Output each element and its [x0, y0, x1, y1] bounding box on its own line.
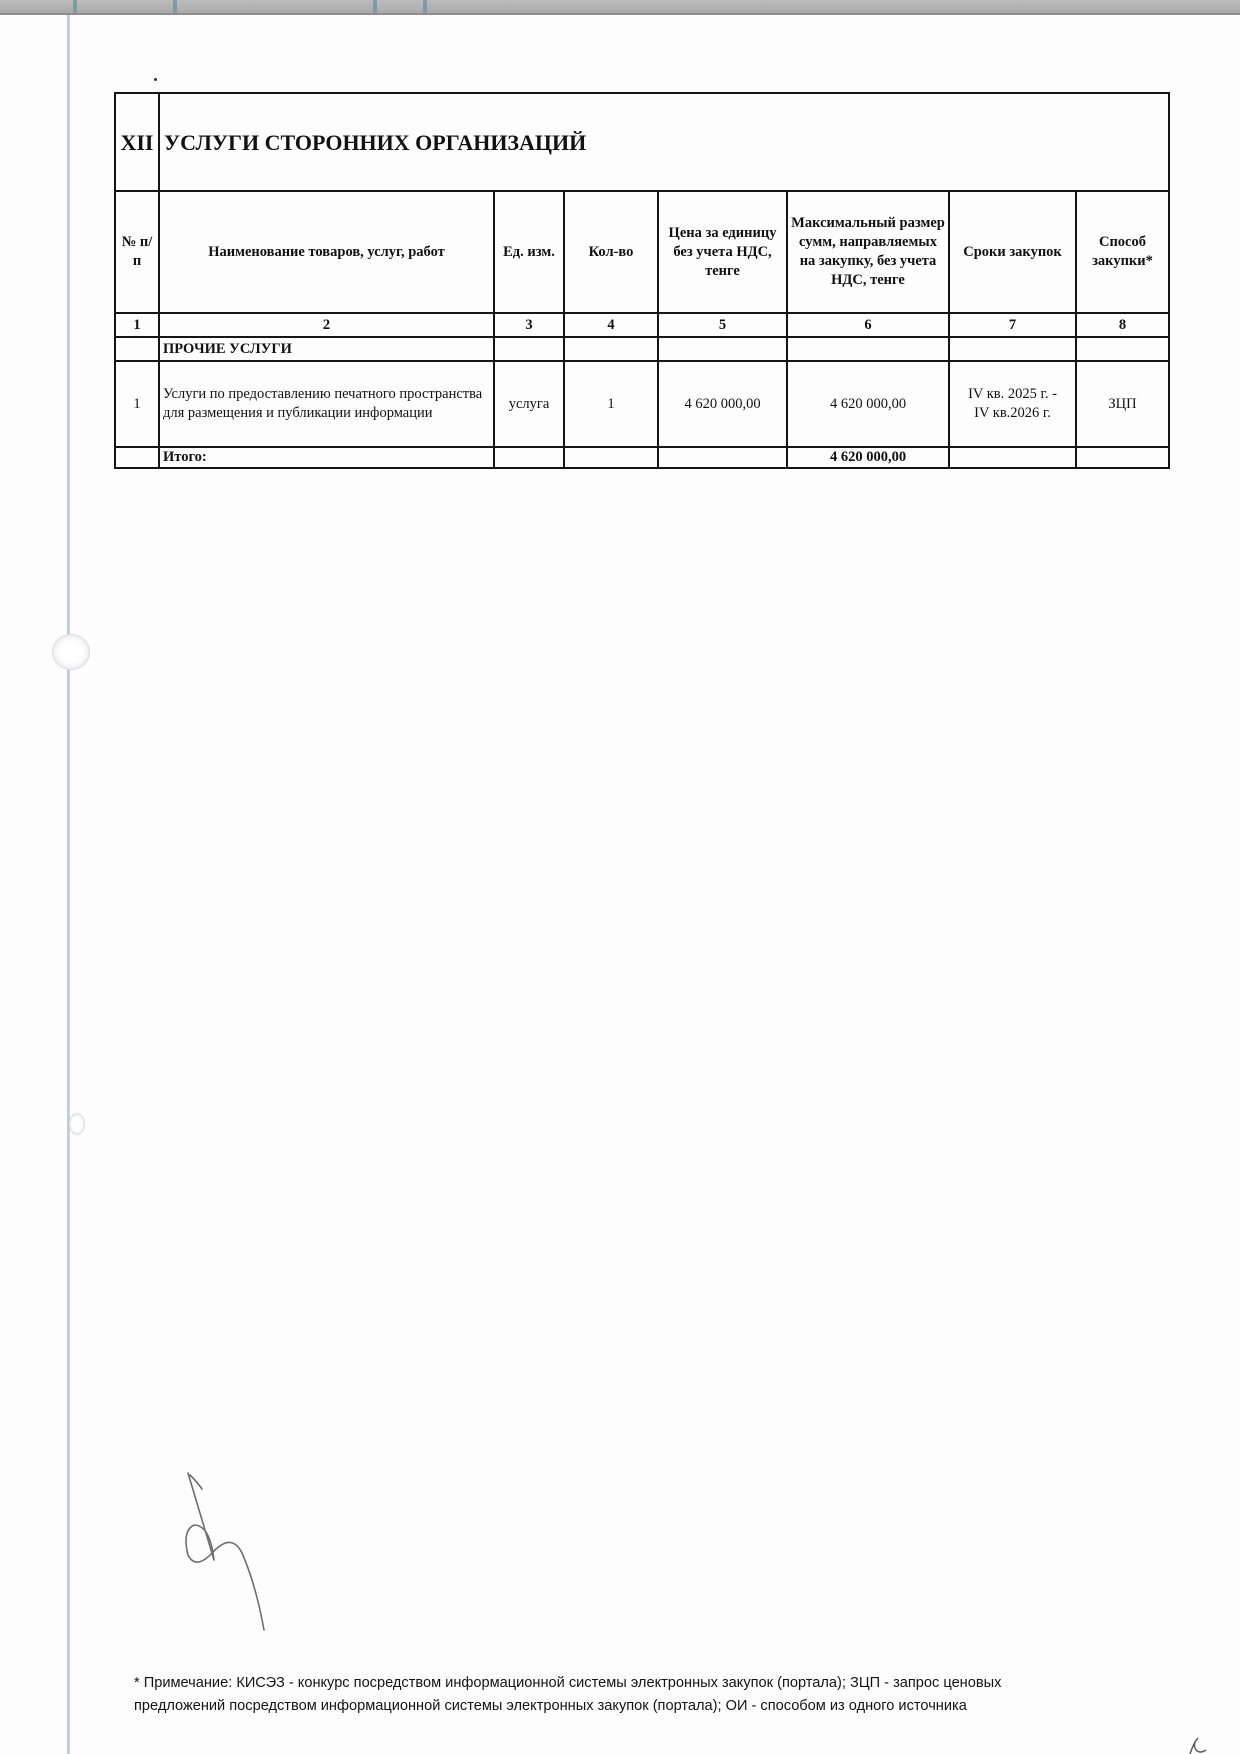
header-row: № п/п Наименование товаров, услуг, работ… — [115, 191, 1169, 313]
row-unit: услуга — [494, 361, 564, 447]
scanner-edge-band — [0, 0, 1240, 15]
column-number-row: 1 2 3 4 5 6 7 8 — [115, 313, 1169, 337]
column-number: 3 — [494, 313, 564, 337]
empty-cell — [787, 337, 949, 361]
row-unit-price: 4 620 000,00 — [658, 361, 787, 447]
scan-artifact — [73, 0, 77, 13]
binder-hole — [52, 634, 90, 670]
footnote: * Примечание: КИСЭЗ - конкурс посредство… — [134, 1672, 1134, 1718]
header-period: Сроки закупок — [949, 191, 1076, 313]
category-label: ПРОЧИЕ УСЛУГИ — [159, 337, 494, 361]
row-method: ЗЦП — [1076, 361, 1169, 447]
column-number: 7 — [949, 313, 1076, 337]
empty-cell — [1076, 337, 1169, 361]
header-number: № п/п — [115, 191, 159, 313]
scan-artifact — [173, 0, 177, 13]
column-number: 5 — [658, 313, 787, 337]
header-name: Наименование товаров, услуг, работ — [159, 191, 494, 313]
column-number: 6 — [787, 313, 949, 337]
section-title-row: XII УСЛУГИ СТОРОННИХ ОРГАНИЗАЦИЙ — [115, 93, 1169, 191]
row-quantity: 1 — [564, 361, 658, 447]
header-unit: Ед. изм. — [494, 191, 564, 313]
total-row: Итого: 4 620 000,00 — [115, 447, 1169, 468]
footnote-line: предложений посредством информационной с… — [134, 1695, 1134, 1718]
header-unit-price: Цена за единицу без учета НДС, тенге — [658, 191, 787, 313]
empty-cell — [949, 447, 1076, 468]
row-name: Услуги по предоставлению печатного прост… — [159, 361, 494, 447]
scan-artifact — [373, 0, 377, 13]
header-method: Способ закупки* — [1076, 191, 1169, 313]
empty-cell — [1076, 447, 1169, 468]
footnote-line: * Примечание: КИСЭЗ - конкурс посредство… — [134, 1672, 1134, 1695]
margin-line — [67, 15, 70, 1754]
scan-artifact — [423, 0, 427, 13]
row-number: 1 — [115, 361, 159, 447]
empty-cell — [115, 337, 159, 361]
column-number: 4 — [564, 313, 658, 337]
row-period: IV кв. 2025 г. - IV кв.2026 г. — [949, 361, 1076, 447]
binder-hole — [69, 1113, 85, 1135]
column-number: 1 — [115, 313, 159, 337]
signature — [180, 1465, 280, 1635]
initials-mark — [1180, 1734, 1220, 1754]
total-value: 4 620 000,00 — [787, 447, 949, 468]
category-row: ПРОЧИЕ УСЛУГИ — [115, 337, 1169, 361]
column-number: 2 — [159, 313, 494, 337]
header-quantity: Кол-во — [564, 191, 658, 313]
total-label: Итого: — [159, 447, 494, 468]
section-title: УСЛУГИ СТОРОННИХ ОРГАНИЗАЦИЙ — [159, 93, 1169, 191]
empty-cell — [494, 447, 564, 468]
empty-cell — [564, 447, 658, 468]
row-max-amount: 4 620 000,00 — [787, 361, 949, 447]
header-max-amount: Максимальный размер сумм, направляемых н… — [787, 191, 949, 313]
empty-cell — [949, 337, 1076, 361]
empty-cell — [494, 337, 564, 361]
section-number: XII — [115, 93, 159, 191]
column-number: 8 — [1076, 313, 1169, 337]
stray-dot — [154, 78, 157, 81]
empty-cell — [564, 337, 658, 361]
procurement-table: XII УСЛУГИ СТОРОННИХ ОРГАНИЗАЦИЙ № п/п Н… — [114, 92, 1170, 469]
table-row: 1 Услуги по предоставлению печатного про… — [115, 361, 1169, 447]
empty-cell — [658, 447, 787, 468]
empty-cell — [658, 337, 787, 361]
empty-cell — [115, 447, 159, 468]
